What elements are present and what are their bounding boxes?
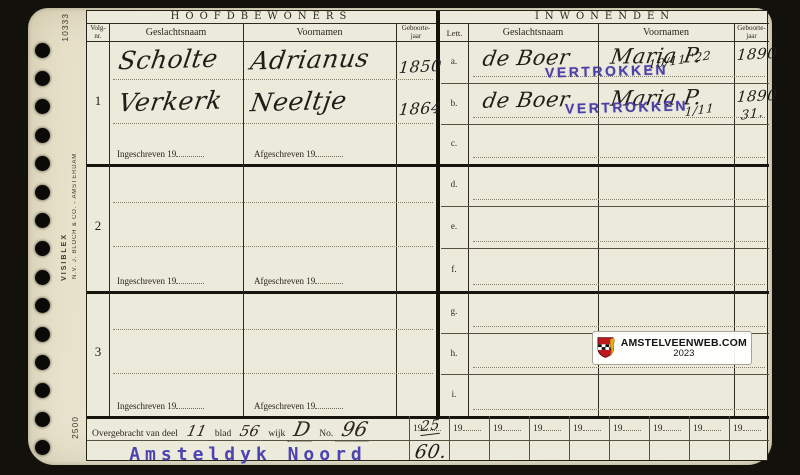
right-section-title: INWONENDEN <box>441 11 769 22</box>
dotted-fill <box>315 147 343 157</box>
transfer-value-wijk: D <box>288 417 317 442</box>
year-cell: 19 <box>689 416 729 440</box>
district-stamp: Amsteldyk Noord <box>97 444 399 465</box>
binder-hole <box>35 213 50 228</box>
colhead-birthyear-right: Geboorte- jaar <box>734 25 769 40</box>
year-cell: 19 <box>489 416 529 440</box>
edge-code-bottom: 2500 <box>70 416 80 439</box>
binder-hole <box>35 298 50 313</box>
inwonende-birthyear: 1890 <box>736 44 778 64</box>
row-letter: d. <box>442 179 466 189</box>
entry-birthyear: 1864 <box>398 98 443 119</box>
row-letter: h. <box>442 348 466 358</box>
transfer-label-deel: Overgebracht van deel <box>92 429 178 439</box>
dotted-fill <box>623 421 641 431</box>
binder-hole <box>35 43 50 58</box>
year-cell-printed: 19 <box>613 424 623 434</box>
row-dotted-line <box>473 156 765 158</box>
colhead-birthyear-left-l2: jaar <box>411 32 422 40</box>
divider <box>243 23 244 416</box>
binder-hole <box>35 185 50 200</box>
colhead-birthyear-right-l2: jaar <box>746 32 757 40</box>
register-card: 10333 VISIBLEX N.V. J. BLOCH & CO. - AMS… <box>28 8 772 465</box>
row-number: 2 <box>87 218 109 234</box>
dotted-fill <box>315 399 343 409</box>
row-dotted-line <box>473 116 765 118</box>
watermark-year: 2023 <box>621 348 747 359</box>
transfer-label-wijk: wijk <box>268 429 285 439</box>
row-separator <box>441 248 769 249</box>
edge-brand-visiblex: VISIBLEX <box>61 233 68 281</box>
dotted-fill <box>176 274 204 284</box>
entry-firstnames: Adrianus <box>249 43 372 75</box>
row-separator <box>441 124 769 125</box>
transfer-label-blad: blad <box>215 429 231 439</box>
dotted-fill <box>176 399 204 409</box>
entry-firstnames: Neeltje <box>249 86 349 117</box>
left-section-title: HOOFDBEWONERS <box>87 11 436 22</box>
row-letter: c. <box>442 138 466 148</box>
colhead-firstnames-left: Voornamen <box>243 27 396 38</box>
dotted-fill <box>703 421 721 431</box>
dotted-fill <box>463 421 481 431</box>
row-letter: e. <box>442 221 466 231</box>
year-cell: 19 <box>729 416 769 440</box>
year-cell-printed: 19 <box>493 424 503 434</box>
row-dotted-line <box>473 283 765 285</box>
divider <box>468 23 469 416</box>
binder-hole <box>35 241 50 256</box>
ingeschreven-label: Ingeschreven 19 <box>117 147 204 159</box>
afgeschreven-label: Afgeschreven 19 <box>254 399 343 411</box>
year-cell: 19 <box>569 416 609 440</box>
register-table: HOOFDBEWONERS INWONENDEN Volg- nr. Gesla… <box>86 10 768 461</box>
binder-hole <box>35 327 50 342</box>
binder-hole <box>35 71 50 86</box>
divider <box>396 23 397 416</box>
row-separator <box>441 374 769 375</box>
ingeschreven-label: Ingeschreven 19 <box>117 399 204 411</box>
edge-publisher: N.V. J. BLOCH & CO. - AMSTERDAM <box>72 153 78 279</box>
year-cell: 19 <box>649 416 689 440</box>
dotted-fill <box>176 147 204 157</box>
year-cell-printed: 19 <box>733 424 743 434</box>
colhead-surname-right: Geslachtsnaam <box>468 27 598 38</box>
year-cell: 19 <box>529 416 569 440</box>
row-dotted-line <box>473 240 765 242</box>
dotted-fill <box>743 421 761 431</box>
dotted-fill <box>543 421 561 431</box>
binder-hole <box>35 99 50 114</box>
colhead-surname-left: Geslachtsnaam <box>109 27 243 38</box>
row-letter: i. <box>442 389 466 399</box>
year-cell-written: 25 <box>420 417 440 436</box>
transfer-value-deel: 11 <box>181 422 212 441</box>
transfer-label-no: No. <box>319 429 333 439</box>
inwonende-birthyear: 1890 <box>736 86 778 106</box>
vertrokken-stamp: VERTROKKEN <box>565 97 688 116</box>
ingeschreven-label: Ingeschreven 19 <box>117 274 204 286</box>
row-number: 1 <box>87 93 109 109</box>
dotted-fill <box>315 274 343 284</box>
year-cell-printed: 19 <box>693 424 703 434</box>
binder-hole <box>35 270 50 285</box>
binder-hole <box>35 383 50 398</box>
afgeschreven-label: Afgeschreven 19 <box>254 147 343 159</box>
transfer-value-no: 96 <box>336 417 375 442</box>
colhead-lett: Lett. <box>441 28 468 38</box>
year-note: 31. <box>740 105 763 123</box>
transfer-line: Overgebracht van deel 11 blad 56 wijk D … <box>92 417 407 439</box>
binder-hole <box>35 355 50 370</box>
row-letter: g. <box>442 306 466 316</box>
row-dotted-line <box>473 366 765 368</box>
row-dotted-line <box>473 408 765 410</box>
inwonende-surname: de Boer <box>481 87 572 113</box>
dotted-fill <box>663 421 681 431</box>
afgeschreven-label: Afgeschreven 19 <box>254 274 343 286</box>
row-dotted-line <box>473 325 765 327</box>
row-letter: f. <box>442 264 466 274</box>
divider <box>109 23 110 416</box>
colhead-birthyear-left: Geboorte- jaar <box>396 25 436 40</box>
watermark-text: AMSTELVEENWEB.COM 2023 <box>621 337 747 359</box>
binder-hole <box>35 412 50 427</box>
entry-dotted-line <box>113 328 433 330</box>
year-cell-printed: 19 <box>573 424 583 434</box>
colhead-firstnames-right: Voornamen <box>598 27 734 38</box>
row-letter: a. <box>442 56 466 66</box>
entry-dotted-line <box>113 372 433 374</box>
entry-surname: Verkerk <box>117 86 225 118</box>
entry-dotted-line <box>113 201 433 203</box>
binder-hole <box>35 440 50 455</box>
entry-surname: Scholte <box>117 44 220 76</box>
coat-of-arms-icon <box>597 336 617 361</box>
colhead-volgnr: Volg- nr. <box>87 25 109 40</box>
binder-hole <box>35 128 50 143</box>
colhead-volgnr-l2: nr. <box>94 32 101 40</box>
row-number: 3 <box>87 344 109 360</box>
edge-code-top: 10333 <box>60 13 70 42</box>
year-cell-printed: 19 <box>453 424 463 434</box>
dotted-fill <box>503 421 521 431</box>
row-separator <box>441 83 769 84</box>
transfer-value-blad: 56 <box>234 422 265 441</box>
dotted-fill <box>583 421 601 431</box>
row-letter: b. <box>442 98 466 108</box>
year-cell-printed: 19 <box>533 424 543 434</box>
year-cell: 19 <box>449 416 489 440</box>
year-cell: 19 <box>609 416 649 440</box>
entry-birthyear: 1850 <box>398 56 443 77</box>
divider <box>87 41 769 42</box>
divider <box>87 164 769 167</box>
entry-dotted-line <box>113 122 433 124</box>
year-cell-printed: 19 <box>653 424 663 434</box>
divider <box>87 291 769 294</box>
watermark-badge: AMSTELVEENWEB.COM 2023 <box>592 331 752 365</box>
scanned-register-card-page: { "card": { "edge": { "top_code": "10333… <box>0 0 800 475</box>
row-separator <box>441 206 769 207</box>
written-total: 60. <box>413 441 448 464</box>
entry-dotted-line <box>113 78 433 80</box>
row-dotted-line <box>473 198 765 200</box>
entry-dotted-line <box>113 245 433 247</box>
binder-hole <box>35 156 50 171</box>
